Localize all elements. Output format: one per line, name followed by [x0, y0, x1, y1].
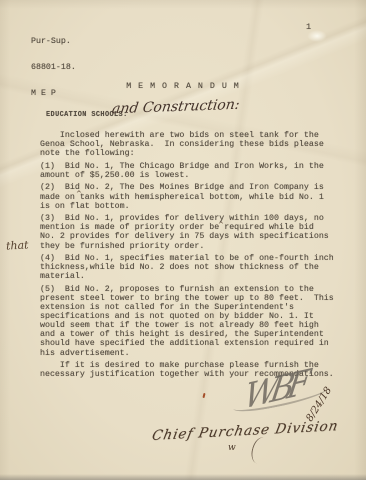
signature-tail-flourish [249, 435, 273, 466]
memo-paragraph-item-2: (2) Bid No. 2, The Des Moines Bridge and… [40, 183, 334, 210]
ref-department: Pur-Sup. [31, 38, 76, 47]
insert-caret-mark: ^ [218, 221, 224, 229]
subject-handwritten-addition: and Construction: [111, 97, 241, 118]
memo-paragraph-item-5: (5) Bid No. 2, proposes to furnish an ex… [40, 285, 334, 358]
memo-paragraph-item-4: (4) Bid No. 1, specifies material to be … [40, 254, 334, 281]
memo-paragraph-intro: Inclosed herewith are two bids on steel … [40, 131, 334, 158]
signature-script-line: Chief Purchase Division [151, 418, 340, 444]
page-number: 1 [306, 22, 311, 32]
reference-block: Pur-Sup. 68801-18. M E P [31, 21, 76, 116]
memo-paragraph-item-1: (1) Bid No. 1, The Chicago Bridge and Ir… [40, 162, 334, 180]
memo-page: Pur-Sup. 68801-18. M E P 1 M E M O R A N… [0, 0, 366, 480]
memo-paragraph-item-3: (3) Bid No. 1, provides for delivery wit… [40, 214, 334, 250]
ink-speck [202, 393, 205, 398]
page-bottom-edge [0, 474, 366, 480]
insert-caret-mark: ^ [76, 190, 82, 198]
margin-note-handwritten: that [6, 238, 29, 252]
memo-body: Inclosed herewith are two bids on steel … [40, 131, 334, 383]
memo-title: M E M O R A N D U M [0, 82, 366, 91]
signature-small-mark: w [228, 443, 236, 453]
ref-file-number: 68801-18. [31, 64, 76, 73]
ref-typist-initials: M E P [31, 90, 76, 99]
